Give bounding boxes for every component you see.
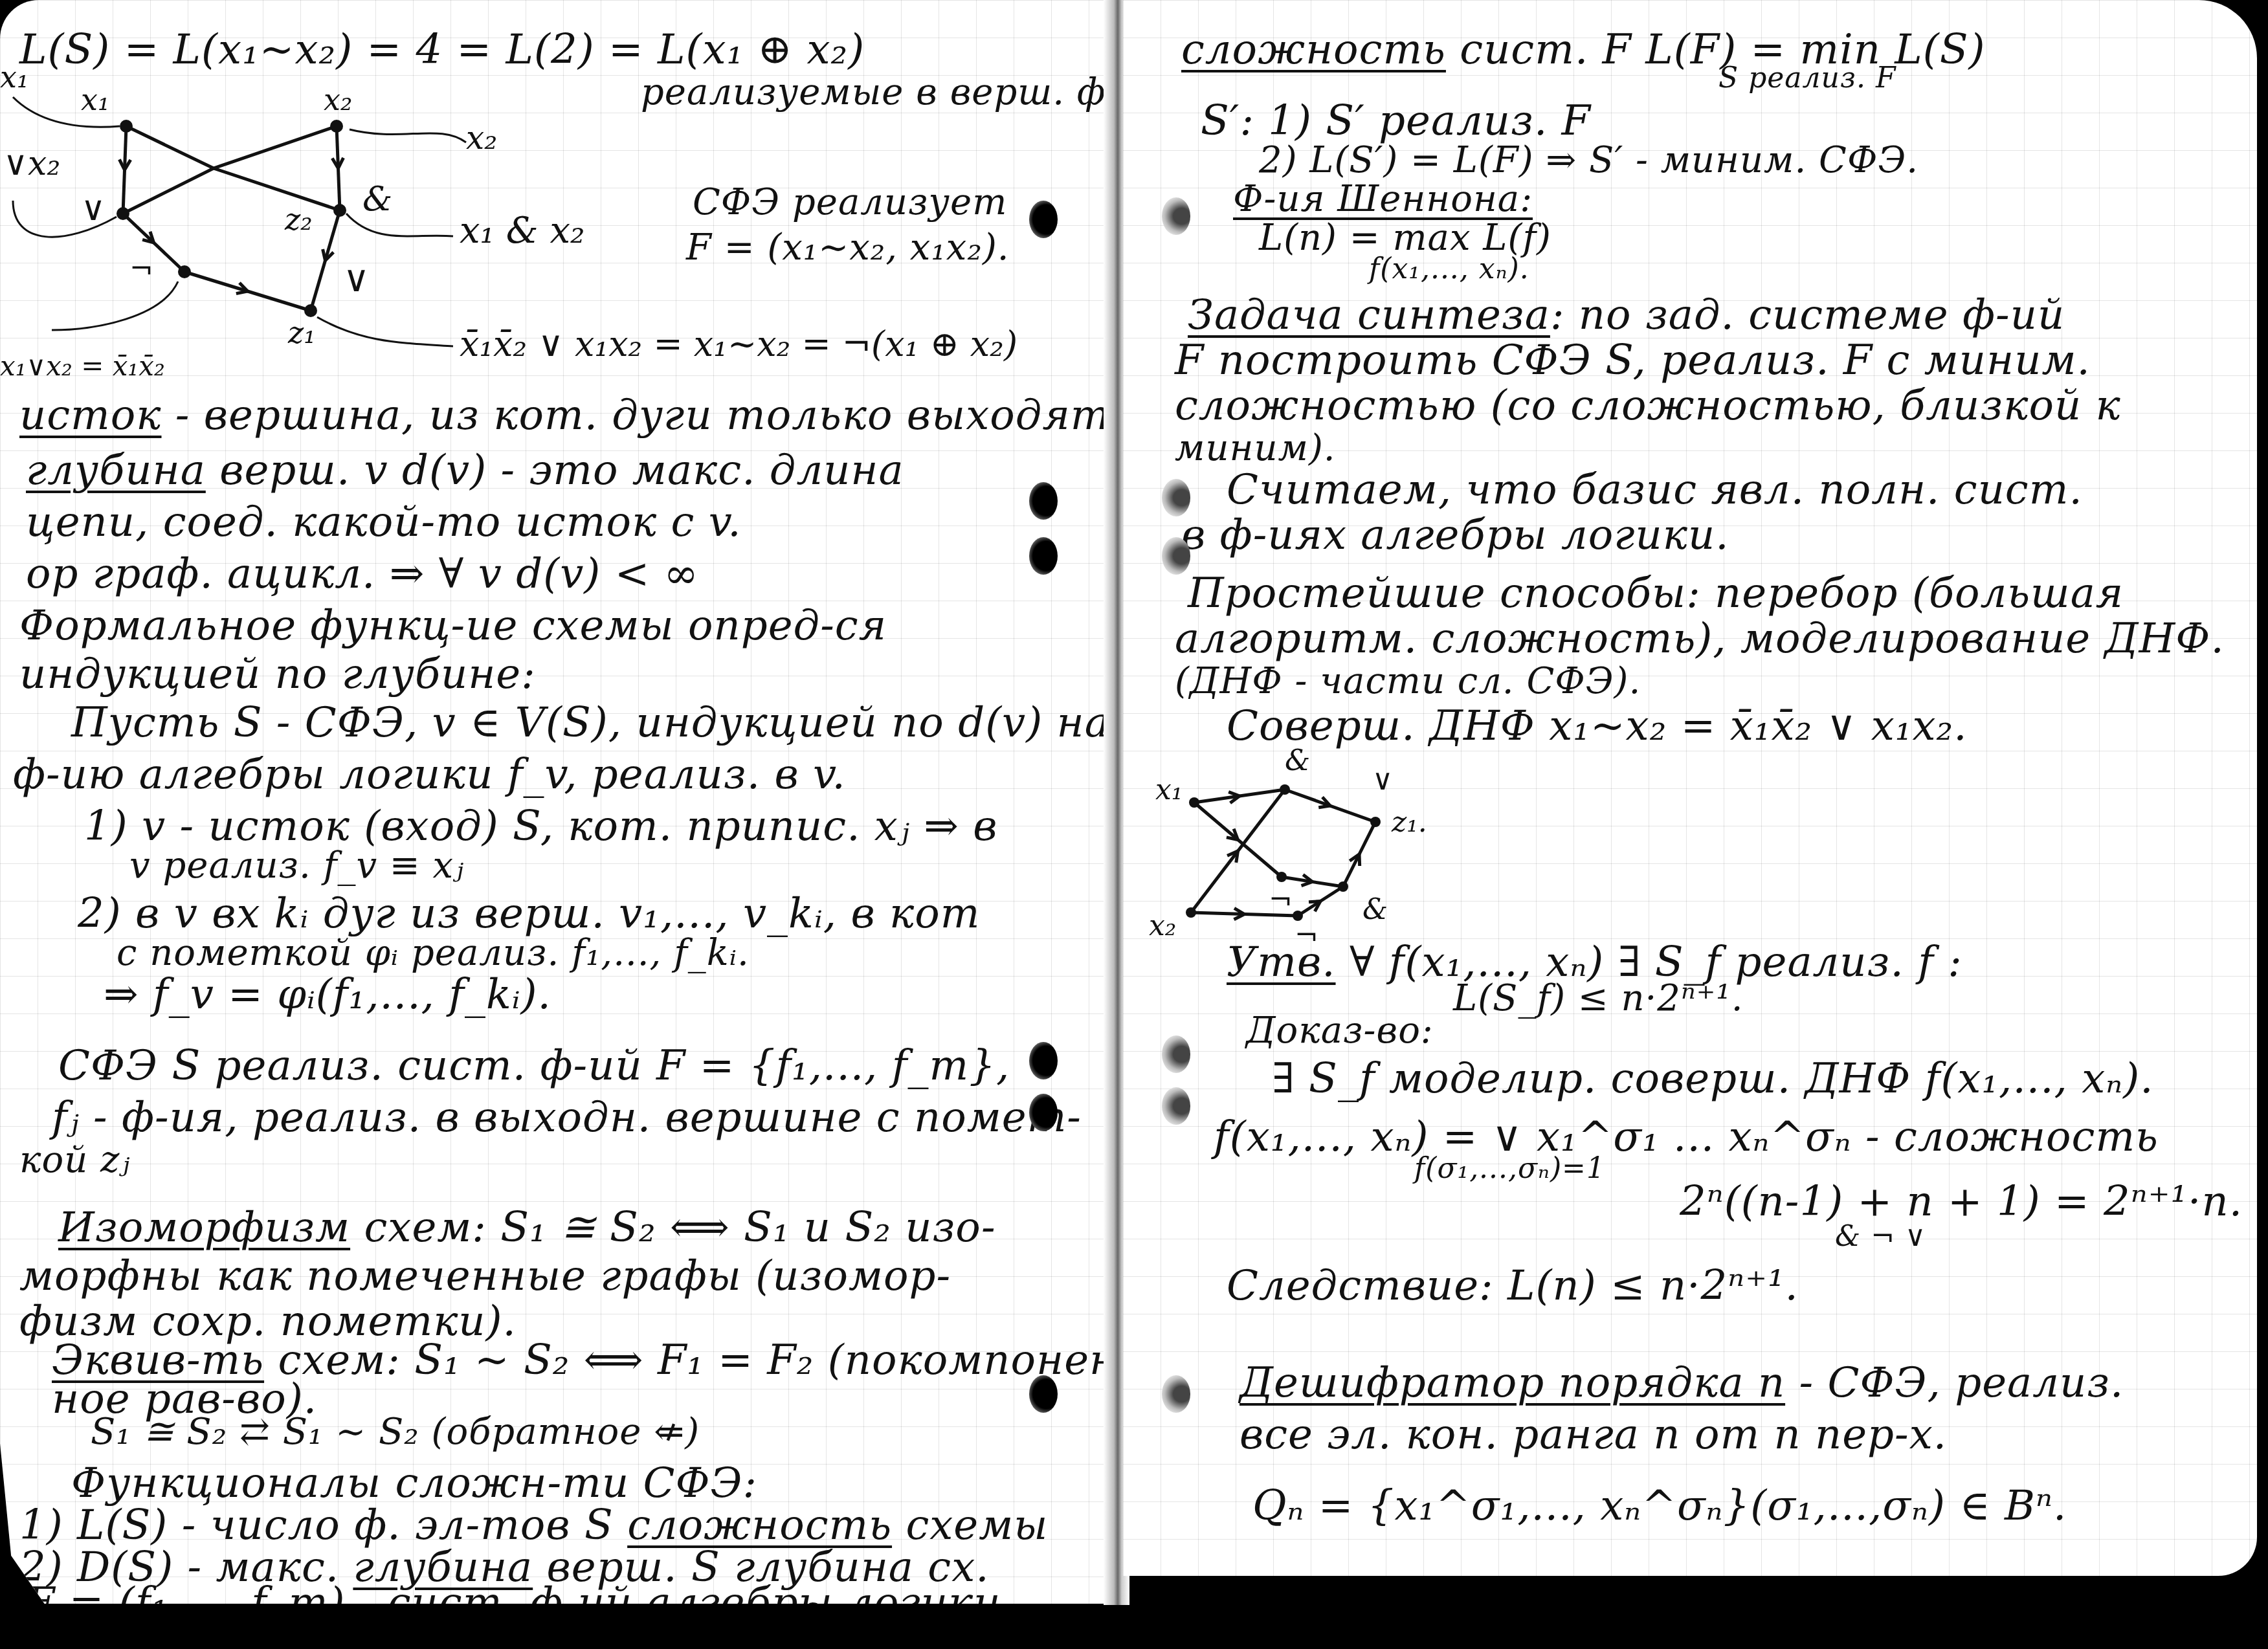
punch-hole	[1029, 537, 1058, 575]
punch-hole	[1029, 482, 1058, 520]
handwritten-line: исток - вершина, из кот. дуги только вых…	[19, 392, 1110, 439]
punch-hole	[1162, 479, 1190, 516]
handwritten-line: v реализ. f_v ≡ xⱼ	[129, 845, 464, 887]
handwritten-line: Функционалы сложн-ти СФЭ:	[71, 1459, 757, 1507]
underlined-term: Дешифратор порядка n	[1240, 1359, 1785, 1407]
handwritten-line: Считаем, что базис явл. полн. сист.	[1227, 466, 2083, 514]
handwritten-line: алгоритм. сложность), моделирование ДНФ.	[1175, 615, 2225, 663]
svg-text:x₂: x₂	[1149, 909, 1176, 942]
svg-text:x̄₁x̄₂ ∨ x₁x₂ = x₁~x₂ = ¬(x₁ ⊕: x̄₁x̄₂ ∨ x₁x₂ = x₁~x₂ = ¬(x₁ ⊕ x₂)	[460, 324, 1017, 364]
underlined-term: Изоморфизм	[58, 1204, 350, 1252]
handwritten-line: f(σ₁,...,σₙ)=1	[1414, 1152, 1605, 1185]
handwritten-line: Доказ-во:	[1246, 1010, 1434, 1052]
svg-text:&: &	[362, 180, 392, 219]
handwritten-line: F построить СФЭ S, реализ. F с миним.	[1175, 337, 2091, 384]
handwritten-line: ф-ию алгебры логики f_v, реализ. в v.	[13, 751, 846, 799]
punch-hole	[1162, 1087, 1190, 1125]
handwritten-line: с пометкой φᵢ реализ. f₁,..., f_kᵢ.	[117, 932, 750, 974]
svg-text:x₂: x₂	[466, 119, 497, 157]
handwritten-line: глубина верш. v d(v) - это макс. длина	[26, 447, 904, 494]
handwritten-line: fⱼ - ф-ия, реализ. в выходн. вершине с п…	[52, 1094, 1082, 1142]
svg-text:x₁∨x₂ = x̄₁x̄₂: x₁∨x₂ = x̄₁x̄₂	[0, 350, 165, 382]
handwritten-line: Пусть S - СФЭ, v ∈ V(S), индукцией по d(…	[71, 699, 1110, 747]
svg-text:x₁: x₁	[0, 60, 28, 94]
punch-hole	[1162, 1035, 1190, 1073]
svg-text:∨: ∨	[343, 258, 370, 300]
handwritten-line: 1) v - исток (вход) S, кот. припис. xⱼ ⇒…	[84, 802, 997, 850]
underlined-term: Утв.	[1227, 938, 1336, 986]
handwritten-line: (ДНФ - части сл. СФЭ).	[1175, 660, 1641, 702]
handwritten-line: Ф-ия Шеннона:	[1233, 178, 1533, 220]
punch-hole	[1029, 1042, 1058, 1079]
svg-text:∨: ∨	[81, 190, 106, 228]
punch-hole	[1162, 537, 1190, 575]
handwritten-line: сложностью (со сложностью, близкой к	[1175, 382, 2121, 430]
underlined-term: Задача синтеза	[1188, 291, 1550, 339]
handwritten-line: 2ⁿ((n-1) + n + 1) = 2ⁿ⁺¹·n.	[1680, 1178, 2243, 1226]
handwritten-line: Дешифратор порядка n - СФЭ, реализ.	[1240, 1359, 2124, 1407]
handwritten-line: Задача синтеза: по зад. системе ф-ий	[1188, 291, 2065, 339]
underlined-term: глубина	[26, 447, 206, 494]
handwritten-line: f(x₁,..., xₙ).	[1369, 252, 1529, 285]
svg-text:∨: ∨	[1372, 764, 1393, 797]
handwritten-line: цепи, соед. какой-то исток с v.	[26, 498, 742, 546]
svg-text:z₁: z₁	[287, 315, 316, 350]
svg-text:x₁: x₁	[81, 82, 109, 117]
svg-text:¬: ¬	[1269, 883, 1293, 916]
svg-text:x₂: x₂	[324, 82, 352, 117]
handwritten-line: L(S_f) ≤ n·2ⁿ⁺¹.	[1453, 977, 1744, 1019]
handwritten-line: Изоморфизм схем: S₁ ≅ S₂ ⟺ S₁ и S₂ изо-	[58, 1204, 996, 1252]
handwritten-line: 1) L(S) - число ф. эл-тов S сложность сх…	[19, 1501, 1048, 1549]
handwritten-line: миним).	[1175, 427, 1336, 469]
handwritten-line: S₁ ≅ S₂ ⇄ S₁ ~ S₂ (обратное ⇍)	[91, 1411, 700, 1453]
circuit-diagram-2: x₁x₂&¬¬&∨z₁.	[1175, 751, 1498, 945]
punch-hole	[1029, 1094, 1058, 1131]
handwritten-line: ⇒ f_v = φᵢ(f₁,..., f_kᵢ).	[104, 971, 551, 1019]
handwritten-line: ∃ S_f моделир. соверш. ДНФ f(x₁,..., xₙ)…	[1272, 1055, 2154, 1103]
handwritten-line: Qₙ = {x₁^σ₁,..., xₙ^σₙ}(σ₁,...,σₙ) ∈ Bⁿ.	[1252, 1482, 2067, 1530]
handwritten-line: морфны как помеченные графы (изомор-	[19, 1252, 951, 1300]
handwritten-line: Простейшие способы: перебор (большая	[1188, 570, 2124, 617]
punch-hole	[1029, 201, 1058, 238]
handwritten-line: Формальное функц-ие схемы опред-ся	[19, 602, 887, 650]
handwritten-line: & ¬ ∨	[1835, 1220, 1926, 1253]
punch-hole	[1029, 1375, 1058, 1413]
handwritten-line: F = (f₁,..., f_m) - сист. ф-ий алгебры л…	[26, 1579, 1015, 1604]
underlined-term: исток	[19, 392, 162, 439]
underlined-term: сложность	[627, 1501, 892, 1549]
handwritten-line: f(x₁,..., xₙ) = ∨ x₁^σ₁ ... xₙ^σₙ - слож…	[1214, 1113, 2159, 1161]
notebook-page-left: L(S) = L(x₁~x₂) = 4 = L(2) = L(x₁ ⊕ x₂) …	[0, 0, 1110, 1604]
svg-text:∨x₂: ∨x₂	[3, 144, 60, 183]
svg-text:x₁: x₁	[1155, 773, 1183, 806]
handwritten-line: S реализ. F	[1718, 61, 1896, 94]
handwritten-line: 2) в v вх kᵢ дуг из верш. v₁,..., v_kᵢ, …	[78, 890, 980, 938]
handwritten-line: Следствие: L(n) ≤ n·2ⁿ⁺¹.	[1227, 1262, 1799, 1310]
realizes-title: СФЭ реализует	[693, 181, 1007, 223]
realizes-formula: F = (x₁~x₂, x₁x₂).	[686, 227, 1010, 269]
underlined-term: сложность	[1181, 26, 1446, 74]
svg-text:&: &	[1362, 893, 1388, 926]
handwritten-line: индукцией по глубине:	[19, 650, 536, 698]
punch-hole	[1162, 1375, 1190, 1413]
svg-text:¬: ¬	[129, 252, 153, 285]
handwritten-line: кой zⱼ	[19, 1139, 130, 1181]
svg-text:z₁.: z₁.	[1391, 806, 1427, 839]
svg-text:z₂: z₂	[284, 202, 313, 237]
notebook-page-right: сложность сист. F L(F) = min L(S)S реали…	[1123, 0, 2257, 1576]
header-formula: L(S) = L(x₁~x₂) = 4 = L(2) = L(x₁ ⊕ x₂)	[19, 26, 865, 74]
handwritten-line: СФЭ S реализ. сист. ф-ий F = {f₁,..., f_…	[58, 1042, 1010, 1090]
punch-hole	[1162, 197, 1190, 235]
svg-text:x₁ & x₂: x₁ & x₂	[460, 210, 585, 252]
handwritten-line: ор граф. ацикл. ⇒ ∀ v d(v) < ∞	[26, 550, 699, 598]
handwritten-line: S′: 1) S′ реализ. F	[1201, 97, 1591, 145]
svg-text:&: &	[1285, 744, 1310, 777]
handwritten-line: 2) L(S′) = L(F) ⇒ S′ - миним. СФЭ.	[1259, 139, 1918, 181]
handwritten-line: все эл. кон. ранга n от n пер-х.	[1240, 1411, 1947, 1459]
underlined-term: Ф-ия Шеннона:	[1233, 178, 1533, 220]
handwritten-line: Соверш. ДНФ x₁~x₂ = x̄₁x̄₂ ∨ x₁x₂.	[1227, 702, 1968, 750]
handwritten-line: в ф-иях алгебры логики.	[1181, 511, 1729, 559]
